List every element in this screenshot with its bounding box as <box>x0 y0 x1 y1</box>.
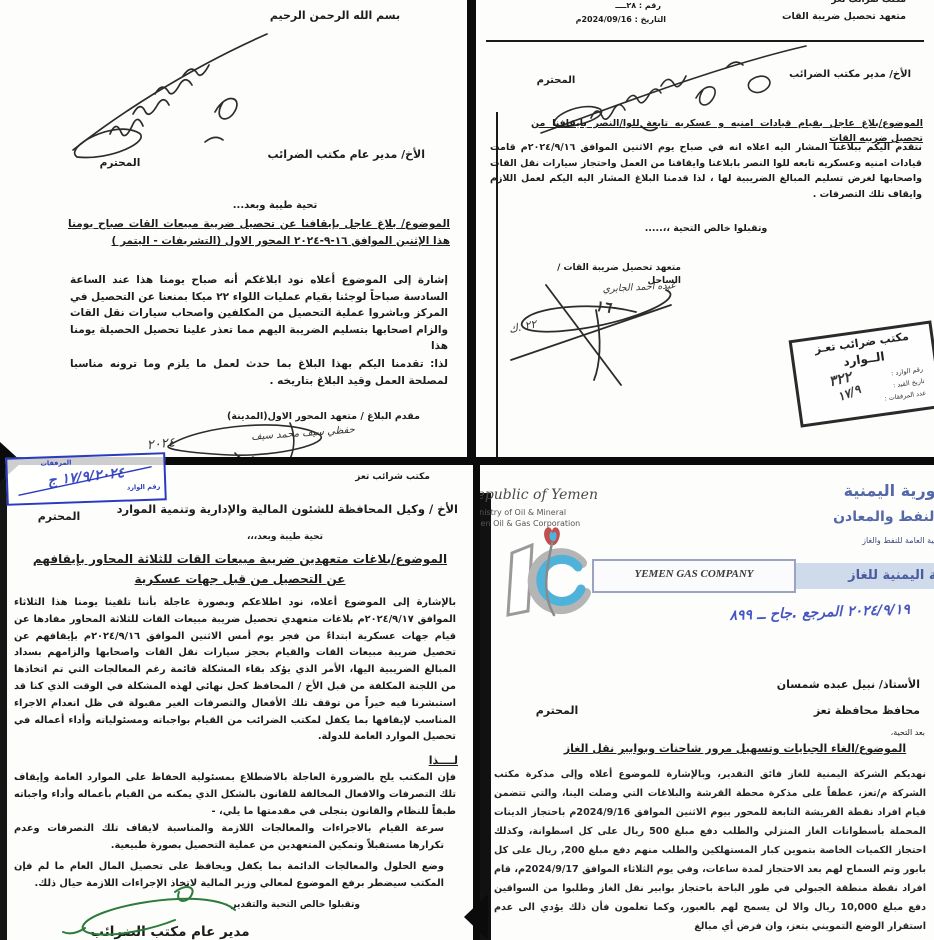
greeting-line: بعد التحية، <box>870 727 925 739</box>
recipient-line: الأخ/ مدير عام مكتب الضرائب <box>235 147 425 163</box>
company-banner-text: YEMEN GAS COMPANY <box>594 567 794 583</box>
signature-scribble-green <box>55 880 255 940</box>
yemen-gas-logo <box>494 523 604 623</box>
closing-paragraph: لذا: تقدمنا اليكم بهذا البلاغ بما حدث لع… <box>70 356 448 389</box>
ar-corporation-line: المؤسسة اليمنية العامة للنفط والغاز <box>792 535 934 547</box>
doc-bottom-right: Republic of Yemen Ministry of Oil & Mine… <box>480 465 934 940</box>
en-republic-line: Republic of Yemen <box>480 485 636 505</box>
doc-top-left: بسم الله الرحمن الرحيم الأخ/ مدير عام مك… <box>0 0 467 457</box>
body-paragraph: نتقدم اليكم ببلاغنا المشار اليه اعلاه ان… <box>490 140 922 202</box>
scan-artifact-arrow-bottom <box>462 894 488 940</box>
ar-company-line: الشركة اليمنية للغاز <box>785 567 934 586</box>
recipient-line: الأخ / وكيل المحافظة للشئون المالية والإ… <box>110 501 458 518</box>
greeting-line: تحية طيبة وبعد... <box>195 199 355 214</box>
body-paragraph: نهديكم الشركة اليمنية للغاز فائق التقدير… <box>494 765 926 936</box>
subject-line: الموضوع/الغاء الجبايات وتسهيل مرور شاحنا… <box>550 741 920 757</box>
signature-scribble <box>140 405 340 457</box>
body-paragraph-1: بالإشارة إلى الموضوع أعلاه، نود اطلاعكم … <box>14 595 456 746</box>
body-paragraph-2: فإن المكتب يلح بالضرورة العاجلة بالاضطلا… <box>14 770 456 820</box>
incoming-blue-stamp: المرفقات رقم الوارد ١٧/٩/٢٠٢٤ ج <box>5 452 167 506</box>
scanned-documents-canvas: بسم الله الرحمن الرحيم الأخ/ مدير عام مك… <box>0 0 934 940</box>
ref-date: التاريخ : 2024/09/16م <box>556 14 666 26</box>
doc-bottom-left: مكتب شرائب تعز الأخ / وكيل المحافظة للشئ… <box>0 465 473 940</box>
handwritten-reference: ٢٠٢٤/٩/١٩ المرجع .جاح ــ ٨٩٩ <box>600 600 911 631</box>
closing-line: وتقبلوا خالص التحية ،،..... <box>616 222 796 236</box>
en-ministry-line: Ministry of Oil & Mineral <box>480 507 640 519</box>
doc-top-right: مكتب ضرائب تعز متعهد تحصيل ضريبة القات ر… <box>476 0 934 457</box>
ar-ministry-line: وزارة النفط والمعادن <box>802 507 934 527</box>
recipient-name: الأستاذ/ نبيل عبده شمسان <box>760 677 920 693</box>
body-paragraph: إشارة إلى الموضوع أعلاه نود ابلاغكم أنه … <box>70 272 448 355</box>
scan-edge-bar <box>480 493 491 940</box>
company-banner: YEMEN GAS COMPANY <box>592 559 796 593</box>
honorific: المحترم <box>525 703 589 719</box>
scan-edge-strip <box>0 465 7 940</box>
blue-stamp-strike <box>9 456 160 501</box>
incoming-office-stamp: مكتب ضرائب تعـز الــوارد رقم الوارد : تا… <box>789 320 934 427</box>
honorific: المحترم <box>28 509 90 525</box>
recipient-title: محافظ محافظة تعز <box>800 703 920 719</box>
greeting-line: تحية طيبة وبعد،،، <box>220 531 350 544</box>
signature-scribble <box>501 280 691 395</box>
ar-republic-line: الجمهورية اليمنية <box>810 479 934 502</box>
subject-line: الموضوع/بلاغات متعهدين ضريبة مبيعات القا… <box>30 549 450 589</box>
ref-number: رقم : ٢٨ــــ <box>571 0 661 12</box>
header-office: مكتب ضرائب تعز <box>776 0 906 7</box>
point-1: سرعة القيام بالاجراءات والمعالجات اللازم… <box>14 821 444 855</box>
header-office: مكتب شرائب تعز <box>320 471 430 484</box>
honorific: المحترم <box>88 156 152 171</box>
subject-line: الموضوع/ بلاغ عاجل بإيقافنا عن تحصيل ضري… <box>68 216 450 250</box>
lada-heading: لــــذا <box>410 753 458 769</box>
header-contractor: متعهد تحصيل ضريبة القات <box>766 10 906 24</box>
